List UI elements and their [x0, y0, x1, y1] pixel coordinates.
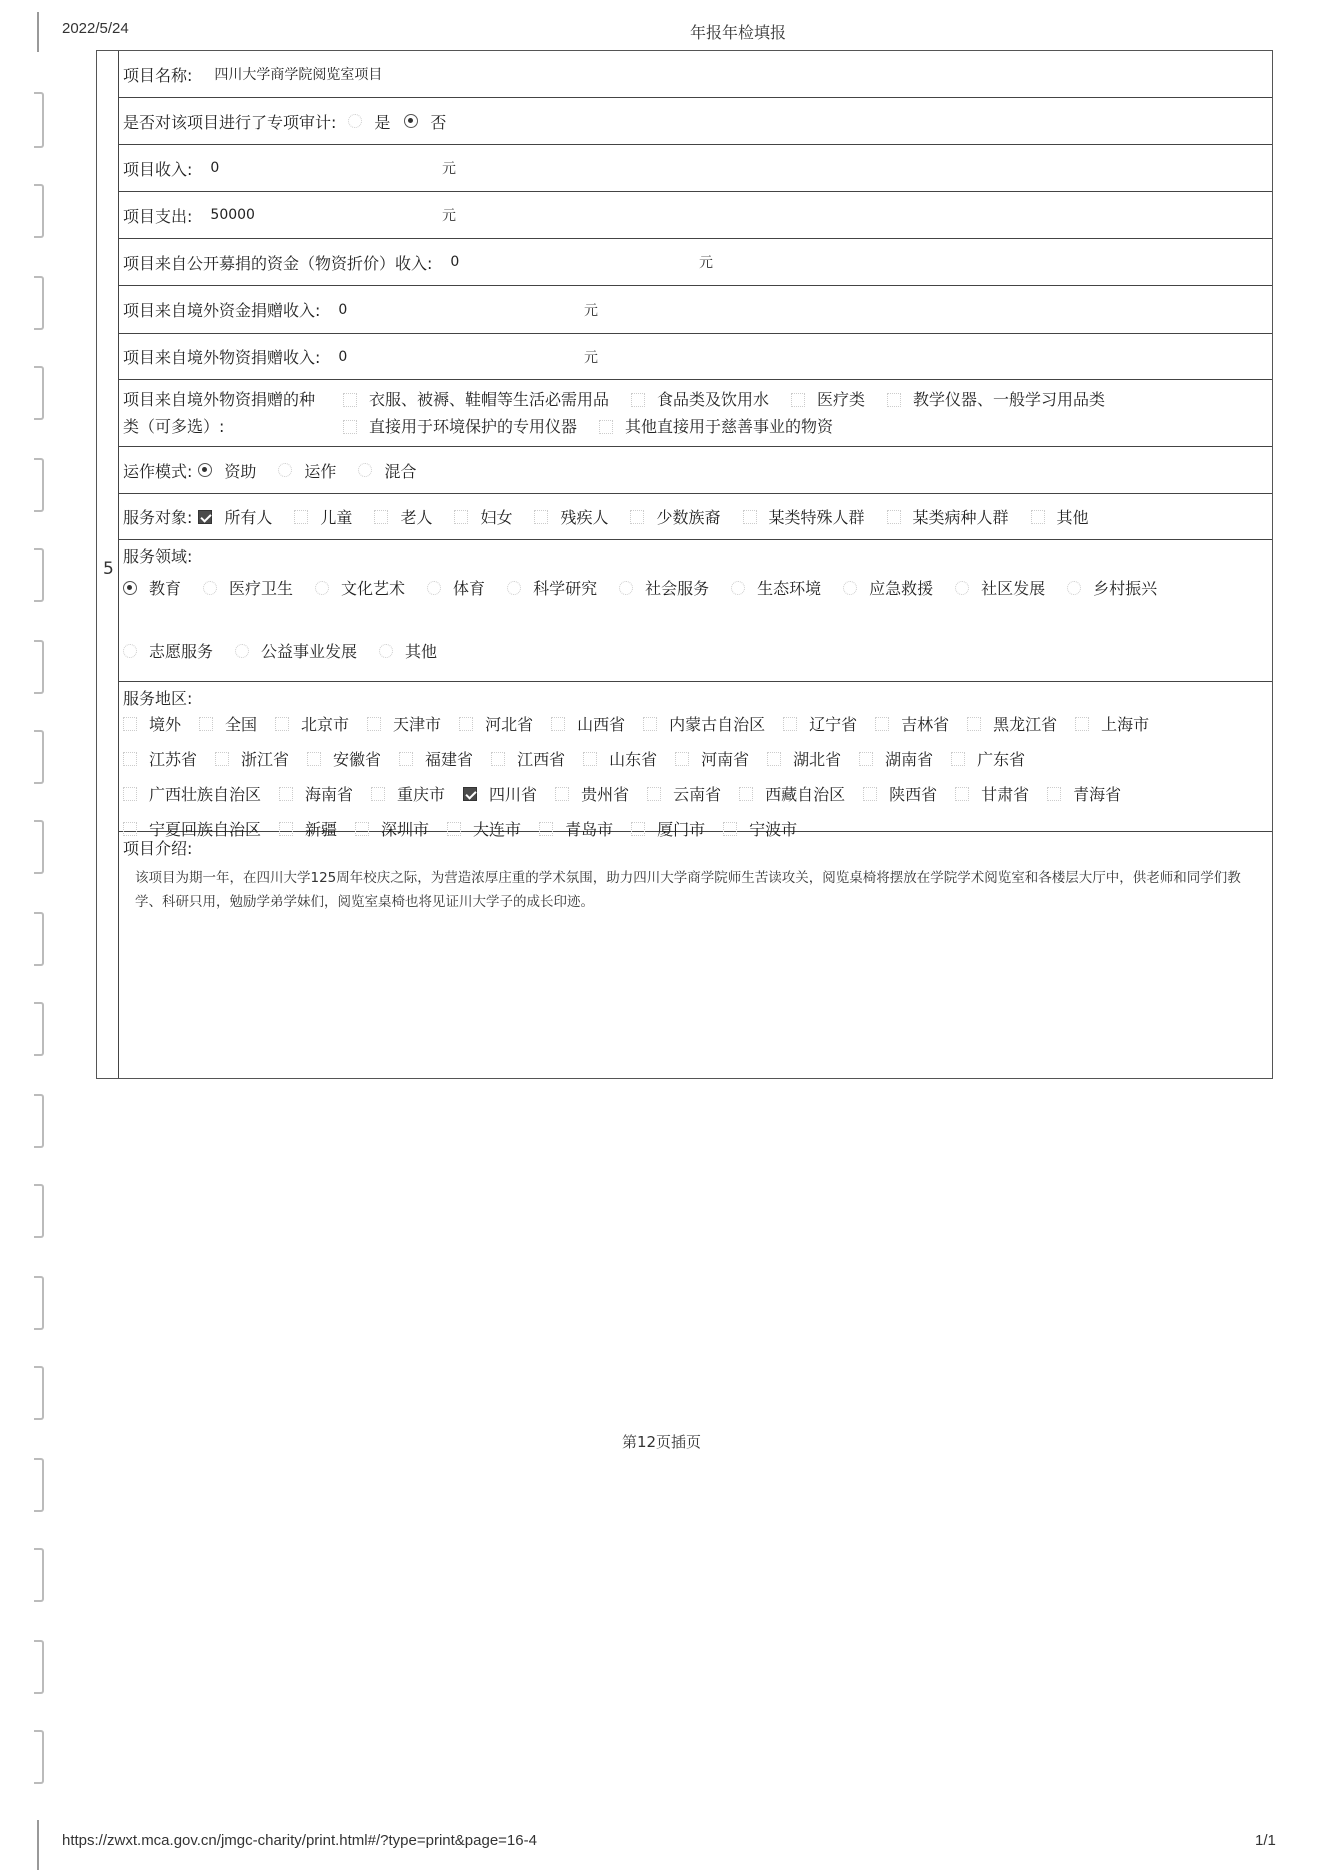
project-form-table: 5 项目名称: 四川大学商学院阅览室项目 是否对该项目进行了专项审计: 是 否 …	[96, 50, 1273, 1079]
overseas-cash-income-unit: 元	[584, 300, 598, 320]
checkbox-checked-icon[interactable]	[198, 510, 212, 524]
overseas-goods-income-unit: 元	[584, 347, 598, 367]
regions-option[interactable]: 甘肃省	[955, 782, 1029, 805]
radio-icon[interactable]	[843, 581, 857, 595]
checkbox-icon[interactable]	[1031, 510, 1045, 524]
option-label: 河北省	[485, 712, 533, 735]
option-label: 是	[374, 110, 390, 133]
binder-mark	[34, 548, 44, 602]
expense-row: 项目支出: 50000 元	[119, 192, 1272, 239]
radio-icon[interactable]	[427, 581, 441, 595]
checkbox-icon[interactable]	[875, 717, 889, 731]
checkbox-icon[interactable]	[275, 717, 289, 731]
service-fields-label: 服务领域:	[123, 546, 192, 568]
option-label: 文化艺术	[341, 576, 405, 599]
regions-option[interactable]: 河北省	[459, 712, 533, 735]
goods-type-option[interactable]: 衣服、被褥、鞋帽等生活必需用品	[343, 386, 609, 413]
checkbox-icon[interactable]	[294, 510, 308, 524]
checkbox-icon[interactable]	[630, 510, 644, 524]
checkbox-icon[interactable]	[647, 787, 661, 801]
income-value: 0	[210, 160, 219, 176]
option-label: 混合	[384, 459, 416, 482]
service-regions-options: 境外全国北京市天津市河北省山西省内蒙古自治区辽宁省吉林省黑龙江省上海市江苏省浙江…	[123, 712, 1253, 840]
introduction-label: 项目介绍:	[123, 838, 192, 860]
option-label: 某类病种人群	[913, 505, 1009, 528]
checkbox-icon[interactable]	[887, 393, 901, 407]
checkbox-icon[interactable]	[343, 393, 357, 407]
option-label: 广西壮族自治区	[149, 782, 261, 805]
option-label: 吉林省	[901, 712, 949, 735]
radio-selected-icon[interactable]	[198, 463, 212, 477]
checkbox-icon[interactable]	[675, 752, 689, 766]
form-rows: 项目名称: 四川大学商学院阅览室项目 是否对该项目进行了专项审计: 是 否 项目…	[119, 51, 1272, 1087]
goods-type-option[interactable]: 医疗类	[791, 386, 865, 413]
checkbox-icon[interactable]	[307, 752, 321, 766]
regions-option[interactable]: 海南省	[279, 782, 353, 805]
checkbox-icon[interactable]	[459, 717, 473, 731]
checkbox-icon[interactable]	[454, 510, 468, 524]
checkbox-icon[interactable]	[279, 787, 293, 801]
goods-type-option[interactable]: 直接用于环境保护的专用仪器	[343, 413, 577, 440]
print-date: 2022/5/24	[62, 20, 129, 37]
option-label: 云南省	[673, 782, 721, 805]
radio-icon[interactable]	[379, 644, 393, 658]
option-label: 其他	[1057, 505, 1089, 528]
option-label: 北京市	[301, 712, 349, 735]
regions-option[interactable]: 陕西省	[863, 782, 937, 805]
service-fields-options: 教育医疗卫生文化艺术体育科学研究社会服务生态环境应急救援社区发展乡村振兴志愿服务…	[123, 576, 1272, 662]
operation-mode-label: 运作模式:	[123, 459, 192, 482]
expense-unit: 元	[442, 205, 456, 225]
overseas-goods-income-row: 项目来自境外物资捐赠收入: 0 元	[119, 334, 1272, 380]
option-label: 其他	[405, 639, 437, 662]
binder-mark	[34, 1366, 44, 1420]
label-line: 项目来自境外物资捐赠的种	[123, 386, 343, 413]
fields-option[interactable]: 应急救援	[843, 576, 933, 599]
checkbox-icon[interactable]	[343, 420, 357, 434]
option-label: 辽宁省	[809, 712, 857, 735]
fields-option[interactable]: 志愿服务	[123, 639, 213, 662]
targets-option[interactable]: 某类病种人群	[887, 505, 1009, 528]
targets-option[interactable]: 某类特殊人群	[743, 505, 865, 528]
overseas-goods-income-value: 0	[338, 349, 347, 365]
insert-page-note: 第12页插页	[0, 1431, 1323, 1452]
targets-option[interactable]: 其他	[1031, 505, 1089, 528]
radio-icon[interactable]	[731, 581, 745, 595]
overseas-goods-types-row: 项目来自境外物资捐赠的种 类（可多选）: 衣服、被褥、鞋帽等生活必需用品 食品类…	[119, 380, 1272, 447]
option-label: 医疗卫生	[229, 576, 293, 599]
option-label: 境外	[149, 712, 181, 735]
checkbox-checked-icon[interactable]	[463, 787, 477, 801]
option-label: 残疾人	[560, 505, 608, 528]
project-name-value: 四川大学商学院阅览室项目	[214, 64, 382, 84]
option-label: 河南省	[701, 747, 749, 770]
regions-option[interactable]: 山西省	[551, 712, 625, 735]
overseas-goods-income-label: 项目来自境外物资捐赠收入:	[123, 345, 320, 368]
option-label: 黑龙江省	[993, 712, 1057, 735]
label-line: 类（可多选）:	[123, 413, 343, 440]
expense-label: 项目支出:	[123, 204, 192, 227]
regions-option[interactable]: 辽宁省	[783, 712, 857, 735]
regions-option[interactable]: 云南省	[647, 782, 721, 805]
checkbox-icon[interactable]	[599, 420, 613, 434]
checkbox-icon[interactable]	[955, 787, 969, 801]
option-label: 教学仪器、一般学习用品类	[913, 386, 1105, 413]
option-label: 所有人	[224, 505, 272, 528]
regions-option[interactable]: 重庆市	[371, 782, 445, 805]
option-label: 资助	[224, 459, 256, 482]
operation-mode-option[interactable]: 资助	[198, 459, 256, 482]
radio-icon[interactable]	[348, 114, 362, 128]
binder-mark	[37, 12, 47, 52]
option-label: 青海省	[1073, 782, 1121, 805]
radio-icon[interactable]	[358, 463, 372, 477]
option-label: 应急救援	[869, 576, 933, 599]
option-label: 福建省	[425, 747, 473, 770]
regions-option[interactable]: 广东省	[951, 747, 1025, 770]
targets-option[interactable]: 儿童	[294, 505, 352, 528]
checkbox-icon[interactable]	[491, 752, 505, 766]
option-label: 陕西省	[889, 782, 937, 805]
binder-mark	[34, 640, 44, 694]
binder-mark	[37, 1820, 47, 1870]
regions-option[interactable]: 天津市	[367, 712, 441, 735]
option-label: 全国	[225, 712, 257, 735]
binder-mark	[34, 820, 44, 874]
checkbox-icon[interactable]	[967, 717, 981, 731]
checkbox-icon[interactable]	[534, 510, 548, 524]
checkbox-icon[interactable]	[643, 717, 657, 731]
goods-type-option[interactable]: 教学仪器、一般学习用品类	[887, 386, 1105, 413]
option-label: 安徽省	[333, 747, 381, 770]
checkbox-icon[interactable]	[555, 787, 569, 801]
overseas-goods-types-options: 衣服、被褥、鞋帽等生活必需用品 食品类及饮用水 医疗类 教学仪器、一般学习用品类…	[343, 386, 1119, 440]
checkbox-icon[interactable]	[371, 787, 385, 801]
option-label: 妇女	[480, 505, 512, 528]
option-label: 生态环境	[757, 576, 821, 599]
checkbox-icon[interactable]	[767, 752, 781, 766]
option-label: 运作	[304, 459, 336, 482]
option-label: 某类特殊人群	[769, 505, 865, 528]
option-label: 儿童	[320, 505, 352, 528]
fields-option[interactable]: 乡村振兴	[1067, 576, 1157, 599]
service-regions-row: 服务地区: 境外全国北京市天津市河北省山西省内蒙古自治区辽宁省吉林省黑龙江省上海…	[119, 682, 1272, 832]
binder-mark	[34, 92, 44, 148]
checkbox-icon[interactable]	[123, 752, 137, 766]
targets-option[interactable]: 妇女	[454, 505, 512, 528]
binder-mark	[34, 1276, 44, 1330]
option-label: 江苏省	[149, 747, 197, 770]
option-label: 其他直接用于慈善事业的物资	[625, 413, 833, 440]
income-row: 项目收入: 0 元	[119, 145, 1272, 192]
checkbox-icon[interactable]	[739, 787, 753, 801]
row-index-column: 5	[97, 51, 119, 1078]
operation-mode-option[interactable]: 混合	[358, 459, 416, 482]
targets-option[interactable]: 少数族裔	[630, 505, 720, 528]
regions-option[interactable]: 江苏省	[123, 747, 197, 770]
fields-option[interactable]: 社区发展	[955, 576, 1045, 599]
overseas-cash-income-row: 项目来自境外资金捐赠收入: 0 元	[119, 286, 1272, 334]
option-label: 社区发展	[981, 576, 1045, 599]
binder-mark	[34, 184, 44, 238]
checkbox-icon[interactable]	[631, 393, 645, 407]
regions-option[interactable]: 北京市	[275, 712, 349, 735]
radio-icon[interactable]	[235, 644, 249, 658]
checkbox-icon[interactable]	[951, 752, 965, 766]
option-label: 教育	[149, 576, 181, 599]
operation-mode-option[interactable]: 运作	[278, 459, 336, 482]
regions-option[interactable]: 山东省	[583, 747, 657, 770]
regions-option[interactable]: 福建省	[399, 747, 473, 770]
binder-mark	[34, 1002, 44, 1056]
checkbox-icon[interactable]	[1047, 787, 1061, 801]
regions-option[interactable]: 全国	[199, 712, 257, 735]
expense-value: 50000	[210, 207, 255, 223]
project-name-row: 项目名称: 四川大学商学院阅览室项目	[119, 51, 1272, 98]
radio-icon[interactable]	[315, 581, 329, 595]
income-unit: 元	[442, 158, 456, 178]
option-label: 否	[430, 110, 446, 133]
binder-mark	[34, 1458, 44, 1512]
service-targets-options: 所有人儿童老人妇女残疾人少数族裔某类特殊人群某类病种人群其他	[198, 505, 1110, 528]
option-label: 甘肃省	[981, 782, 1029, 805]
radio-icon[interactable]	[123, 644, 137, 658]
fields-option[interactable]: 体育	[427, 576, 485, 599]
regions-option[interactable]: 境外	[123, 712, 181, 735]
checkbox-icon[interactable]	[1075, 717, 1089, 731]
service-targets-label: 服务对象:	[123, 505, 192, 528]
regions-option[interactable]: 河南省	[675, 747, 749, 770]
fields-option[interactable]: 文化艺术	[315, 576, 405, 599]
targets-option[interactable]: 所有人	[198, 505, 272, 528]
binder-mark	[34, 1184, 44, 1238]
checkbox-icon[interactable]	[399, 752, 413, 766]
checkbox-icon[interactable]	[791, 393, 805, 407]
targets-option[interactable]: 残疾人	[534, 505, 608, 528]
goods-type-option[interactable]: 食品类及饮用水	[631, 386, 769, 413]
checkbox-icon[interactable]	[859, 752, 873, 766]
fields-option[interactable]: 科学研究	[507, 576, 597, 599]
regions-option[interactable]: 广西壮族自治区	[123, 782, 261, 805]
binder-mark	[34, 1094, 44, 1148]
option-label: 公益事业发展	[261, 639, 357, 662]
regions-option[interactable]: 湖南省	[859, 747, 933, 770]
public-fundraising-income-unit: 元	[699, 252, 713, 272]
regions-option[interactable]: 江西省	[491, 747, 565, 770]
fields-option[interactable]: 公益事业发展	[235, 639, 357, 662]
checkbox-icon[interactable]	[551, 717, 565, 731]
regions-option[interactable]: 吉林省	[875, 712, 949, 735]
checkbox-icon[interactable]	[367, 717, 381, 731]
option-label: 上海市	[1101, 712, 1149, 735]
option-label: 食品类及饮用水	[657, 386, 769, 413]
binder-mark	[34, 1640, 44, 1694]
option-label: 志愿服务	[149, 639, 213, 662]
option-label: 湖北省	[793, 747, 841, 770]
service-regions-label: 服务地区:	[123, 688, 192, 710]
option-label: 海南省	[305, 782, 353, 805]
option-label: 体育	[453, 576, 485, 599]
special-audit-option-yes[interactable]: 是	[348, 110, 390, 133]
regions-option[interactable]: 浙江省	[215, 747, 289, 770]
checkbox-icon[interactable]	[863, 787, 877, 801]
regions-option[interactable]: 贵州省	[555, 782, 629, 805]
income-label: 项目收入:	[123, 157, 192, 180]
option-label: 社会服务	[645, 576, 709, 599]
option-label: 江西省	[517, 747, 565, 770]
option-label: 重庆市	[397, 782, 445, 805]
regions-option[interactable]: 内蒙古自治区	[643, 712, 765, 735]
regions-option[interactable]: 四川省	[463, 782, 537, 805]
special-audit-option-no[interactable]: 否	[404, 110, 446, 133]
checkbox-icon[interactable]	[199, 717, 213, 731]
service-fields-row: 服务领域: 教育医疗卫生文化艺术体育科学研究社会服务生态环境应急救援社区发展乡村…	[119, 540, 1272, 682]
special-audit-label: 是否对该项目进行了专项审计:	[123, 110, 336, 133]
radio-selected-icon[interactable]	[123, 581, 137, 595]
introduction-text: 该项目为期一年，在四川大学125周年校庆之际，为营造浓厚庄重的学术氛围，助力四川…	[135, 866, 1258, 914]
binder-mark	[34, 730, 44, 784]
option-label: 内蒙古自治区	[669, 712, 765, 735]
footer-page-number: 1/1	[1255, 1832, 1276, 1849]
option-label: 天津市	[393, 712, 441, 735]
checkbox-icon[interactable]	[583, 752, 597, 766]
public-fundraising-income-row: 项目来自公开募捐的资金（物资折价）收入: 0 元	[119, 239, 1272, 286]
checkbox-icon[interactable]	[783, 717, 797, 731]
row-index-number: 5	[103, 559, 114, 579]
regions-option[interactable]: 西藏自治区	[739, 782, 845, 805]
option-label: 山西省	[577, 712, 625, 735]
checkbox-icon[interactable]	[743, 510, 757, 524]
fields-option[interactable]: 其他	[379, 639, 437, 662]
option-label: 少数族裔	[656, 505, 720, 528]
checkbox-icon[interactable]	[887, 510, 901, 524]
fields-option[interactable]: 社会服务	[619, 576, 709, 599]
operation-mode-row: 运作模式: 资助 运作 混合	[119, 447, 1272, 494]
goods-type-option[interactable]: 其他直接用于慈善事业的物资	[599, 413, 833, 440]
option-label: 西藏自治区	[765, 782, 845, 805]
checkbox-icon[interactable]	[374, 510, 388, 524]
targets-option[interactable]: 老人	[374, 505, 432, 528]
binder-mark	[34, 1730, 44, 1784]
binder-mark	[34, 366, 44, 420]
regions-option[interactable]: 安徽省	[307, 747, 381, 770]
radio-icon[interactable]	[278, 463, 292, 477]
regions-option[interactable]: 湖北省	[767, 747, 841, 770]
binder-mark	[34, 458, 44, 512]
public-fundraising-income-label: 项目来自公开募捐的资金（物资折价）收入:	[123, 251, 432, 274]
option-label: 贵州省	[581, 782, 629, 805]
overseas-cash-income-value: 0	[338, 302, 347, 318]
public-fundraising-income-value: 0	[450, 254, 459, 270]
binder-mark	[34, 1548, 44, 1602]
regions-option[interactable]: 黑龙江省	[967, 712, 1057, 735]
checkbox-icon[interactable]	[123, 787, 137, 801]
radio-icon[interactable]	[619, 581, 633, 595]
option-label: 衣服、被褥、鞋帽等生活必需用品	[369, 386, 609, 413]
checkbox-icon[interactable]	[215, 752, 229, 766]
option-label: 浙江省	[241, 747, 289, 770]
overseas-cash-income-label: 项目来自境外资金捐赠收入:	[123, 298, 320, 321]
fields-option[interactable]: 医疗卫生	[203, 576, 293, 599]
option-label: 广东省	[977, 747, 1025, 770]
footer-url: https://zwxt.mca.gov.cn/jmgc-charity/pri…	[62, 1832, 537, 1849]
page-title: 年报年检填报	[690, 20, 786, 43]
regions-option[interactable]: 青海省	[1047, 782, 1121, 805]
option-label: 乡村振兴	[1093, 576, 1157, 599]
radio-icon[interactable]	[955, 581, 969, 595]
option-label: 山东省	[609, 747, 657, 770]
option-label: 老人	[400, 505, 432, 528]
radio-icon[interactable]	[203, 581, 217, 595]
option-label: 四川省	[489, 782, 537, 805]
checkbox-icon[interactable]	[123, 717, 137, 731]
special-audit-row: 是否对该项目进行了专项审计: 是 否	[119, 98, 1272, 145]
overseas-goods-types-label: 项目来自境外物资捐赠的种 类（可多选）:	[123, 386, 343, 440]
option-label: 科学研究	[533, 576, 597, 599]
project-name-label: 项目名称:	[123, 63, 192, 86]
fields-option[interactable]: 教育	[123, 576, 181, 599]
radio-icon[interactable]	[507, 581, 521, 595]
radio-icon[interactable]	[1067, 581, 1081, 595]
binder-mark	[34, 276, 44, 330]
option-label: 直接用于环境保护的专用仪器	[369, 413, 577, 440]
option-label: 医疗类	[817, 386, 865, 413]
radio-selected-icon[interactable]	[404, 114, 418, 128]
binder-mark	[34, 912, 44, 966]
fields-option[interactable]: 生态环境	[731, 576, 821, 599]
introduction-row: 项目介绍: 该项目为期一年，在四川大学125周年校庆之际，为营造浓厚庄重的学术氛…	[119, 832, 1272, 1087]
option-label: 湖南省	[885, 747, 933, 770]
service-targets-row: 服务对象: 所有人儿童老人妇女残疾人少数族裔某类特殊人群某类病种人群其他	[119, 494, 1272, 540]
regions-option[interactable]: 上海市	[1075, 712, 1149, 735]
